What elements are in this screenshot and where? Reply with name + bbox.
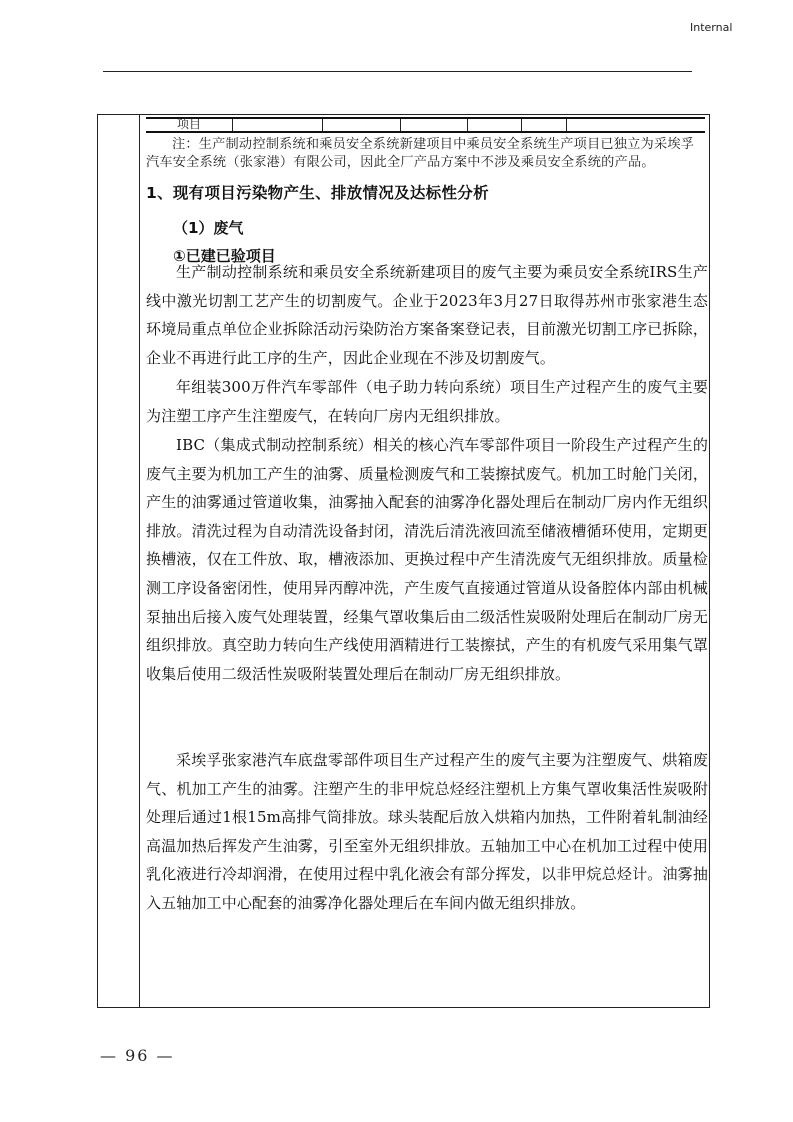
table-cell (468, 119, 522, 131)
outer-table-column-divider (139, 114, 140, 1008)
paragraph: IBC（集成式制动控制系统）相关的核心汽车零部件项目一阶段生产过程产生的废气主要… (146, 431, 708, 688)
paragraph: 年组装300万件汽车零部件（电子助力转向系统）项目生产过程产生的废气主要为注塑工… (146, 373, 708, 430)
table-note-text: 注：生产制动控制系统和乘员安全系统新建项目中乘员安全系统生产项目已独立为采埃孚汽… (146, 137, 694, 170)
table-cell-label: 项目 (146, 119, 233, 131)
table-cell (233, 119, 323, 131)
table-cell (323, 119, 401, 131)
subsection-heading: （1）废气 (173, 217, 243, 238)
page-number: — 96 — (100, 1046, 175, 1065)
table-cell (522, 119, 567, 131)
header-classification-label: Internal (690, 21, 732, 34)
table-note: 注：生产制动控制系统和乘员安全系统新建项目中乘员安全系统生产项目已独立为采埃孚汽… (146, 136, 707, 172)
section-heading: 1、现有项目污染物产生、排放情况及达标性分析 (146, 181, 489, 203)
table-cell (567, 119, 705, 131)
paragraph: 采埃孚张家港汽车底盘零部件项目生产过程产生的废气主要为注塑废气、烘箱废气、机加工… (146, 746, 708, 918)
product-table-tail: 项目 (146, 117, 705, 133)
paragraph: 生产制动控制系统和乘员安全系统新建项目的废气主要为乘员安全系统IRS生产线中激光… (146, 258, 708, 372)
table-cell (401, 119, 468, 131)
header-rule (103, 71, 692, 72)
